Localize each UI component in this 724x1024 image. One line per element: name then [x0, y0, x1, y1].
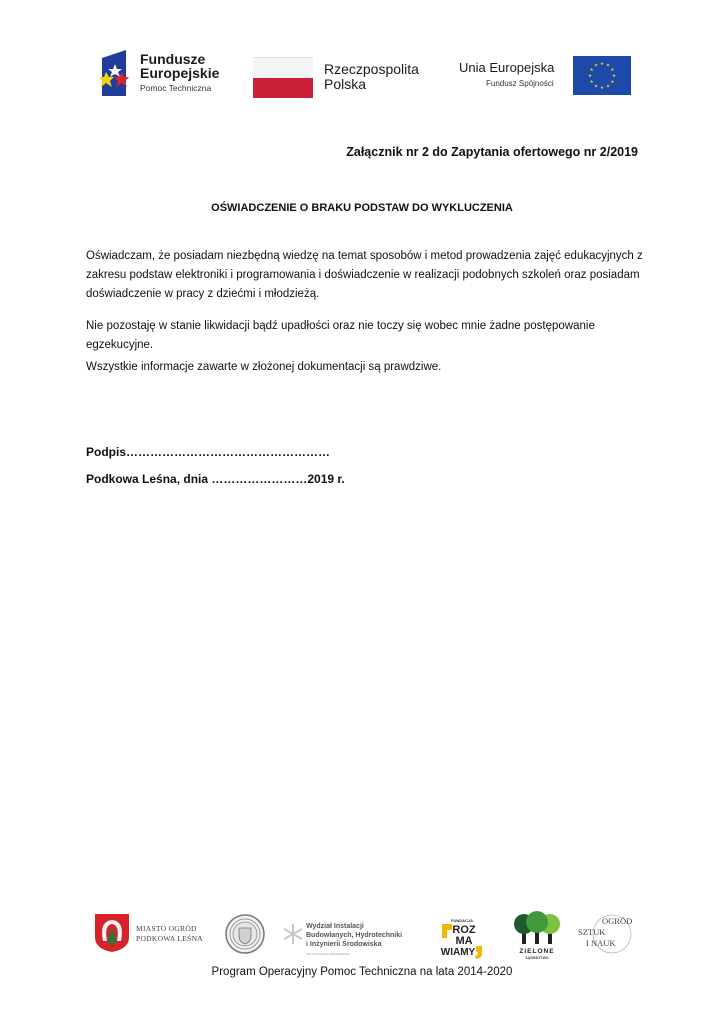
svg-text:MA: MA: [455, 935, 472, 947]
svg-text:ZIELONE: ZIELONE: [519, 948, 554, 955]
zielone-sasiedztwo-logo-icon: ZIELONE SĄSIEDZTWO: [512, 910, 562, 962]
fe-title-line2: Europejskie: [140, 66, 219, 80]
polish-flag-icon: [253, 57, 313, 97]
wydzial-line1: Wydział Instalacji: [306, 922, 402, 931]
wydzial-text: Wydział Instalacji Budowlanych, Hydrotec…: [306, 922, 402, 959]
svg-text:★: ★: [594, 83, 599, 88]
svg-text:FUNDACJA: FUNDACJA: [451, 918, 473, 923]
wydzial-sub: POLITECHNIKA WARSZAWSKA: [306, 950, 402, 959]
svg-text:I NAUK: I NAUK: [586, 938, 616, 948]
signature-line: Podpis……………………………………………: [86, 445, 330, 459]
svg-text:★: ★: [600, 61, 605, 66]
fe-title-line1: Fundusze: [140, 52, 219, 66]
svg-text:★: ★: [606, 83, 611, 88]
wydzial-snowflake-icon: [283, 923, 303, 945]
paragraph-truthfulness: Wszystkie informacje zawarte w złożonej …: [86, 358, 646, 377]
paragraph-no-liquidation: Nie pozostaję w stanie likwidacji bądź u…: [86, 317, 646, 355]
fundusze-europejskie-text: Fundusze Europejskie Pomoc Techniczna: [140, 52, 219, 93]
svg-text:★: ★: [610, 79, 615, 84]
svg-text:★: ★: [588, 73, 593, 78]
rp-line1: Rzeczpospolita: [324, 62, 419, 77]
svg-text:OGRÓD: OGRÓD: [602, 916, 632, 926]
eu-flag-icon: ★★★★★★★★★★★★: [573, 56, 631, 95]
fundacja-rozmawiamy-logo-icon: FUNDACJA ROZ MA WIAMY: [438, 916, 486, 960]
svg-text:★: ★: [600, 85, 605, 90]
svg-text:★: ★: [610, 67, 615, 72]
svg-text:★: ★: [590, 67, 595, 72]
svg-text:SĄSIEDZTWO: SĄSIEDZTWO: [525, 956, 549, 960]
document-title: OŚWIADCZENIE O BRAKU PODSTAW DO WYKLUCZE…: [0, 202, 724, 214]
svg-text:★: ★: [594, 63, 599, 68]
podkowa-line2: PODKOWA LEŚNA: [136, 934, 203, 944]
fundusze-europejskie-logo-icon: [100, 50, 130, 96]
svg-text:WIAMY: WIAMY: [441, 947, 476, 958]
wydzial-line3: i Inżynierii Środowiska: [306, 940, 402, 949]
podkowa-lesna-text: MIASTO OGRÓD PODKOWA LEŚNA: [136, 924, 203, 944]
eu-title: Unia Europejska: [459, 60, 554, 75]
eu-subtitle: Fundusz Spójności: [459, 79, 554, 88]
annex-reference: Załącznik nr 2 do Zapytania ofertowego n…: [346, 145, 638, 159]
rp-line2: Polska: [324, 77, 419, 92]
podkowa-line1: MIASTO OGRÓD: [136, 924, 203, 934]
ogrod-sztuk-i-nauk-logo-icon: OGRÓD SZTUK I NAUK: [568, 913, 636, 955]
svg-text:SZTUK: SZTUK: [578, 927, 606, 937]
paragraph-qualifications: Oświadczam, że posiadam niezbędną wiedzę…: [86, 247, 646, 304]
svg-text:★: ★: [612, 73, 617, 78]
wydzial-line2: Budowlanych, Hydrotechniki: [306, 931, 402, 940]
place-date-line: Podkowa Leśna, dnia ……………………2019 r.: [86, 472, 345, 486]
university-seal-icon: [225, 914, 265, 954]
unia-europejska-text: Unia Europejska Fundusz Spójności: [459, 60, 554, 88]
fe-subtitle: Pomoc Techniczna: [140, 83, 219, 93]
podkowa-lesna-crest-icon: [94, 913, 130, 953]
program-footer: Program Operacyjny Pomoc Techniczna na l…: [0, 966, 724, 978]
rzeczpospolita-text: Rzeczpospolita Polska: [324, 62, 419, 92]
